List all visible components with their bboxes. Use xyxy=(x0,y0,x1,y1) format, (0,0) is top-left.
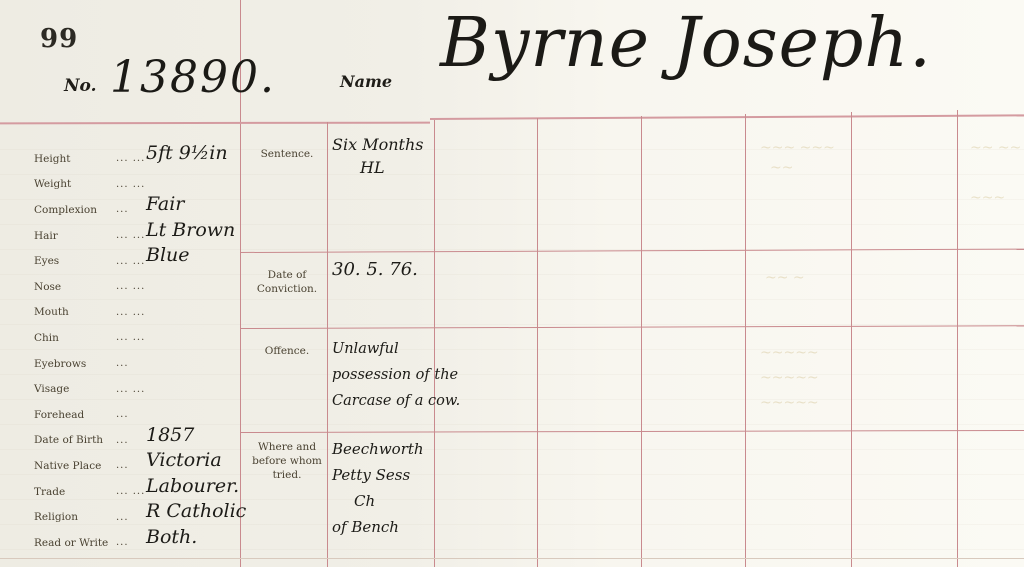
sentence-value: Six Months HL xyxy=(332,133,442,179)
label-line: Conviction. xyxy=(246,282,328,296)
leader-dots: ... ... xyxy=(116,153,146,164)
conviction-date: 30. 5. 76. xyxy=(332,258,442,281)
where-line: of Bench xyxy=(332,514,442,540)
date-of-conviction-value: 30. 5. 76. xyxy=(332,258,442,281)
desc-value: Labourer. xyxy=(146,475,239,497)
desc-label: Eyebrows xyxy=(34,358,116,370)
divider-col-2 xyxy=(537,118,538,567)
leader-dots: ... xyxy=(116,537,146,548)
desc-row-nose: Nose... ... xyxy=(34,274,244,300)
desc-label: Religion xyxy=(34,511,116,523)
leader-dots: ... xyxy=(116,409,146,420)
name-label: Name xyxy=(340,72,392,91)
desc-label: Date of Birth xyxy=(34,434,116,446)
desc-row-chin: Chin... ... xyxy=(34,325,244,351)
leader-dots: ... xyxy=(116,512,146,523)
desc-label: Eyes xyxy=(34,255,116,267)
record-number-label: No. xyxy=(64,76,97,96)
desc-label: Complexion xyxy=(34,204,116,216)
leader-dots: ... ... xyxy=(116,307,146,318)
bleed-through-mark: ~~~~~ xyxy=(760,370,819,386)
desc-row-eyebrows: Eyebrows... xyxy=(34,351,244,377)
leader-dots: ... xyxy=(116,460,146,471)
bleed-through-mark: ~~ ~~ xyxy=(970,140,1021,156)
desc-row-hair: Hair... ...Lt Brown xyxy=(34,223,244,249)
divider-col-5 xyxy=(851,112,852,567)
offence-line: possession of the xyxy=(332,362,442,388)
name-value: Byrne Joseph. xyxy=(440,4,932,83)
desc-row-weight: Weight... ... xyxy=(34,172,244,198)
sentence-label: Sentence. xyxy=(246,147,328,161)
divider-col-6 xyxy=(957,110,958,567)
desc-row-forehead: Forehead... xyxy=(34,402,244,428)
leader-dots: ... xyxy=(116,435,146,446)
label-line: before whom xyxy=(246,454,328,468)
divider-col-4 xyxy=(745,114,746,567)
desc-row-read-or-write: Read or Write...Both. xyxy=(34,530,244,556)
leader-dots: ... ... xyxy=(116,486,146,497)
bottom-rule xyxy=(0,558,1024,559)
desc-label: Mouth xyxy=(34,306,116,318)
leader-dots: ... ... xyxy=(116,281,146,292)
header-rule-right xyxy=(430,114,1024,120)
bleed-through-mark: ~~~~~ xyxy=(760,345,819,361)
leader-dots: ... ... xyxy=(116,332,146,343)
desc-value: 1857 xyxy=(146,424,194,446)
where-line: Petty Sess xyxy=(332,462,442,488)
desc-label: Trade xyxy=(34,486,116,498)
desc-label: Nose xyxy=(34,281,116,293)
leader-dots: ... ... xyxy=(116,256,146,267)
desc-row-eyes: Eyes... ...Blue xyxy=(34,248,244,274)
desc-label: Forehead xyxy=(34,409,116,421)
desc-value: Fair xyxy=(146,193,184,215)
bleed-through-mark: ~~~ xyxy=(970,190,1005,206)
date-of-conviction-label: Date of Conviction. xyxy=(246,268,328,296)
desc-value: R Catholic xyxy=(146,500,246,522)
desc-value: Victoria xyxy=(146,449,222,471)
desc-row-height: Height... ...5ft 9½in xyxy=(34,146,244,172)
physical-description-list: Height... ...5ft 9½in Weight... ... Comp… xyxy=(34,146,244,556)
leader-dots: ... ... xyxy=(116,384,146,395)
offence-line: Carcase of a cow. xyxy=(332,388,442,414)
desc-value: 5ft 9½in xyxy=(146,142,228,164)
sentence-line: HL xyxy=(332,156,442,179)
leader-dots: ... xyxy=(116,204,146,215)
sentence-line: Six Months xyxy=(332,133,442,156)
where-line: Ch xyxy=(332,488,442,514)
leader-dots: ... ... xyxy=(116,179,146,190)
offence-label: Offence. xyxy=(246,344,328,358)
where-tried-label: Where and before whom tried. xyxy=(246,440,328,482)
register-page: 99 No. 13890. Name Byrne Joseph. Height.… xyxy=(0,0,1024,567)
desc-row-mouth: Mouth... ... xyxy=(34,300,244,326)
desc-label: Visage xyxy=(34,383,116,395)
desc-label: Native Place xyxy=(34,460,116,472)
desc-label: Chin xyxy=(34,332,116,344)
leader-dots: ... xyxy=(116,358,146,369)
bleed-through-mark: ~~~~~ xyxy=(760,395,819,411)
record-number-value: 13890. xyxy=(110,52,276,103)
desc-label: Hair xyxy=(34,230,116,242)
label-line: Date of xyxy=(246,268,328,282)
row-rule-1 xyxy=(240,249,1024,253)
where-line: Beechworth xyxy=(332,436,442,462)
header-rule xyxy=(0,122,430,125)
divider-col-3 xyxy=(641,116,642,567)
desc-label: Height xyxy=(34,153,116,165)
offence-line: Unlawful xyxy=(332,336,442,362)
bleed-through-mark: ~~ xyxy=(770,160,793,176)
row-rule-3 xyxy=(240,430,1024,433)
offence-value: Unlawful possession of the Carcase of a … xyxy=(332,336,442,414)
desc-value: Blue xyxy=(146,244,190,266)
label-line: Where and xyxy=(246,440,328,454)
leader-dots: ... ... xyxy=(116,230,146,241)
bleed-through-mark: ~~~ ~~~ xyxy=(760,140,835,156)
desc-value: Both. xyxy=(146,526,197,548)
desc-row-visage: Visage... ... xyxy=(34,376,244,402)
desc-value: Lt Brown xyxy=(146,219,235,241)
label-line: tried. xyxy=(246,468,328,482)
desc-label: Weight xyxy=(34,178,116,190)
where-tried-value: Beechworth Petty Sess Ch of Bench xyxy=(332,436,442,540)
desc-row-religion: Religion...R Catholic xyxy=(34,504,244,530)
row-rule-2 xyxy=(240,325,1024,329)
bleed-through-mark: ~~ ~ xyxy=(765,270,805,286)
page-number: 99 xyxy=(40,24,78,54)
desc-label: Read or Write xyxy=(34,537,116,549)
